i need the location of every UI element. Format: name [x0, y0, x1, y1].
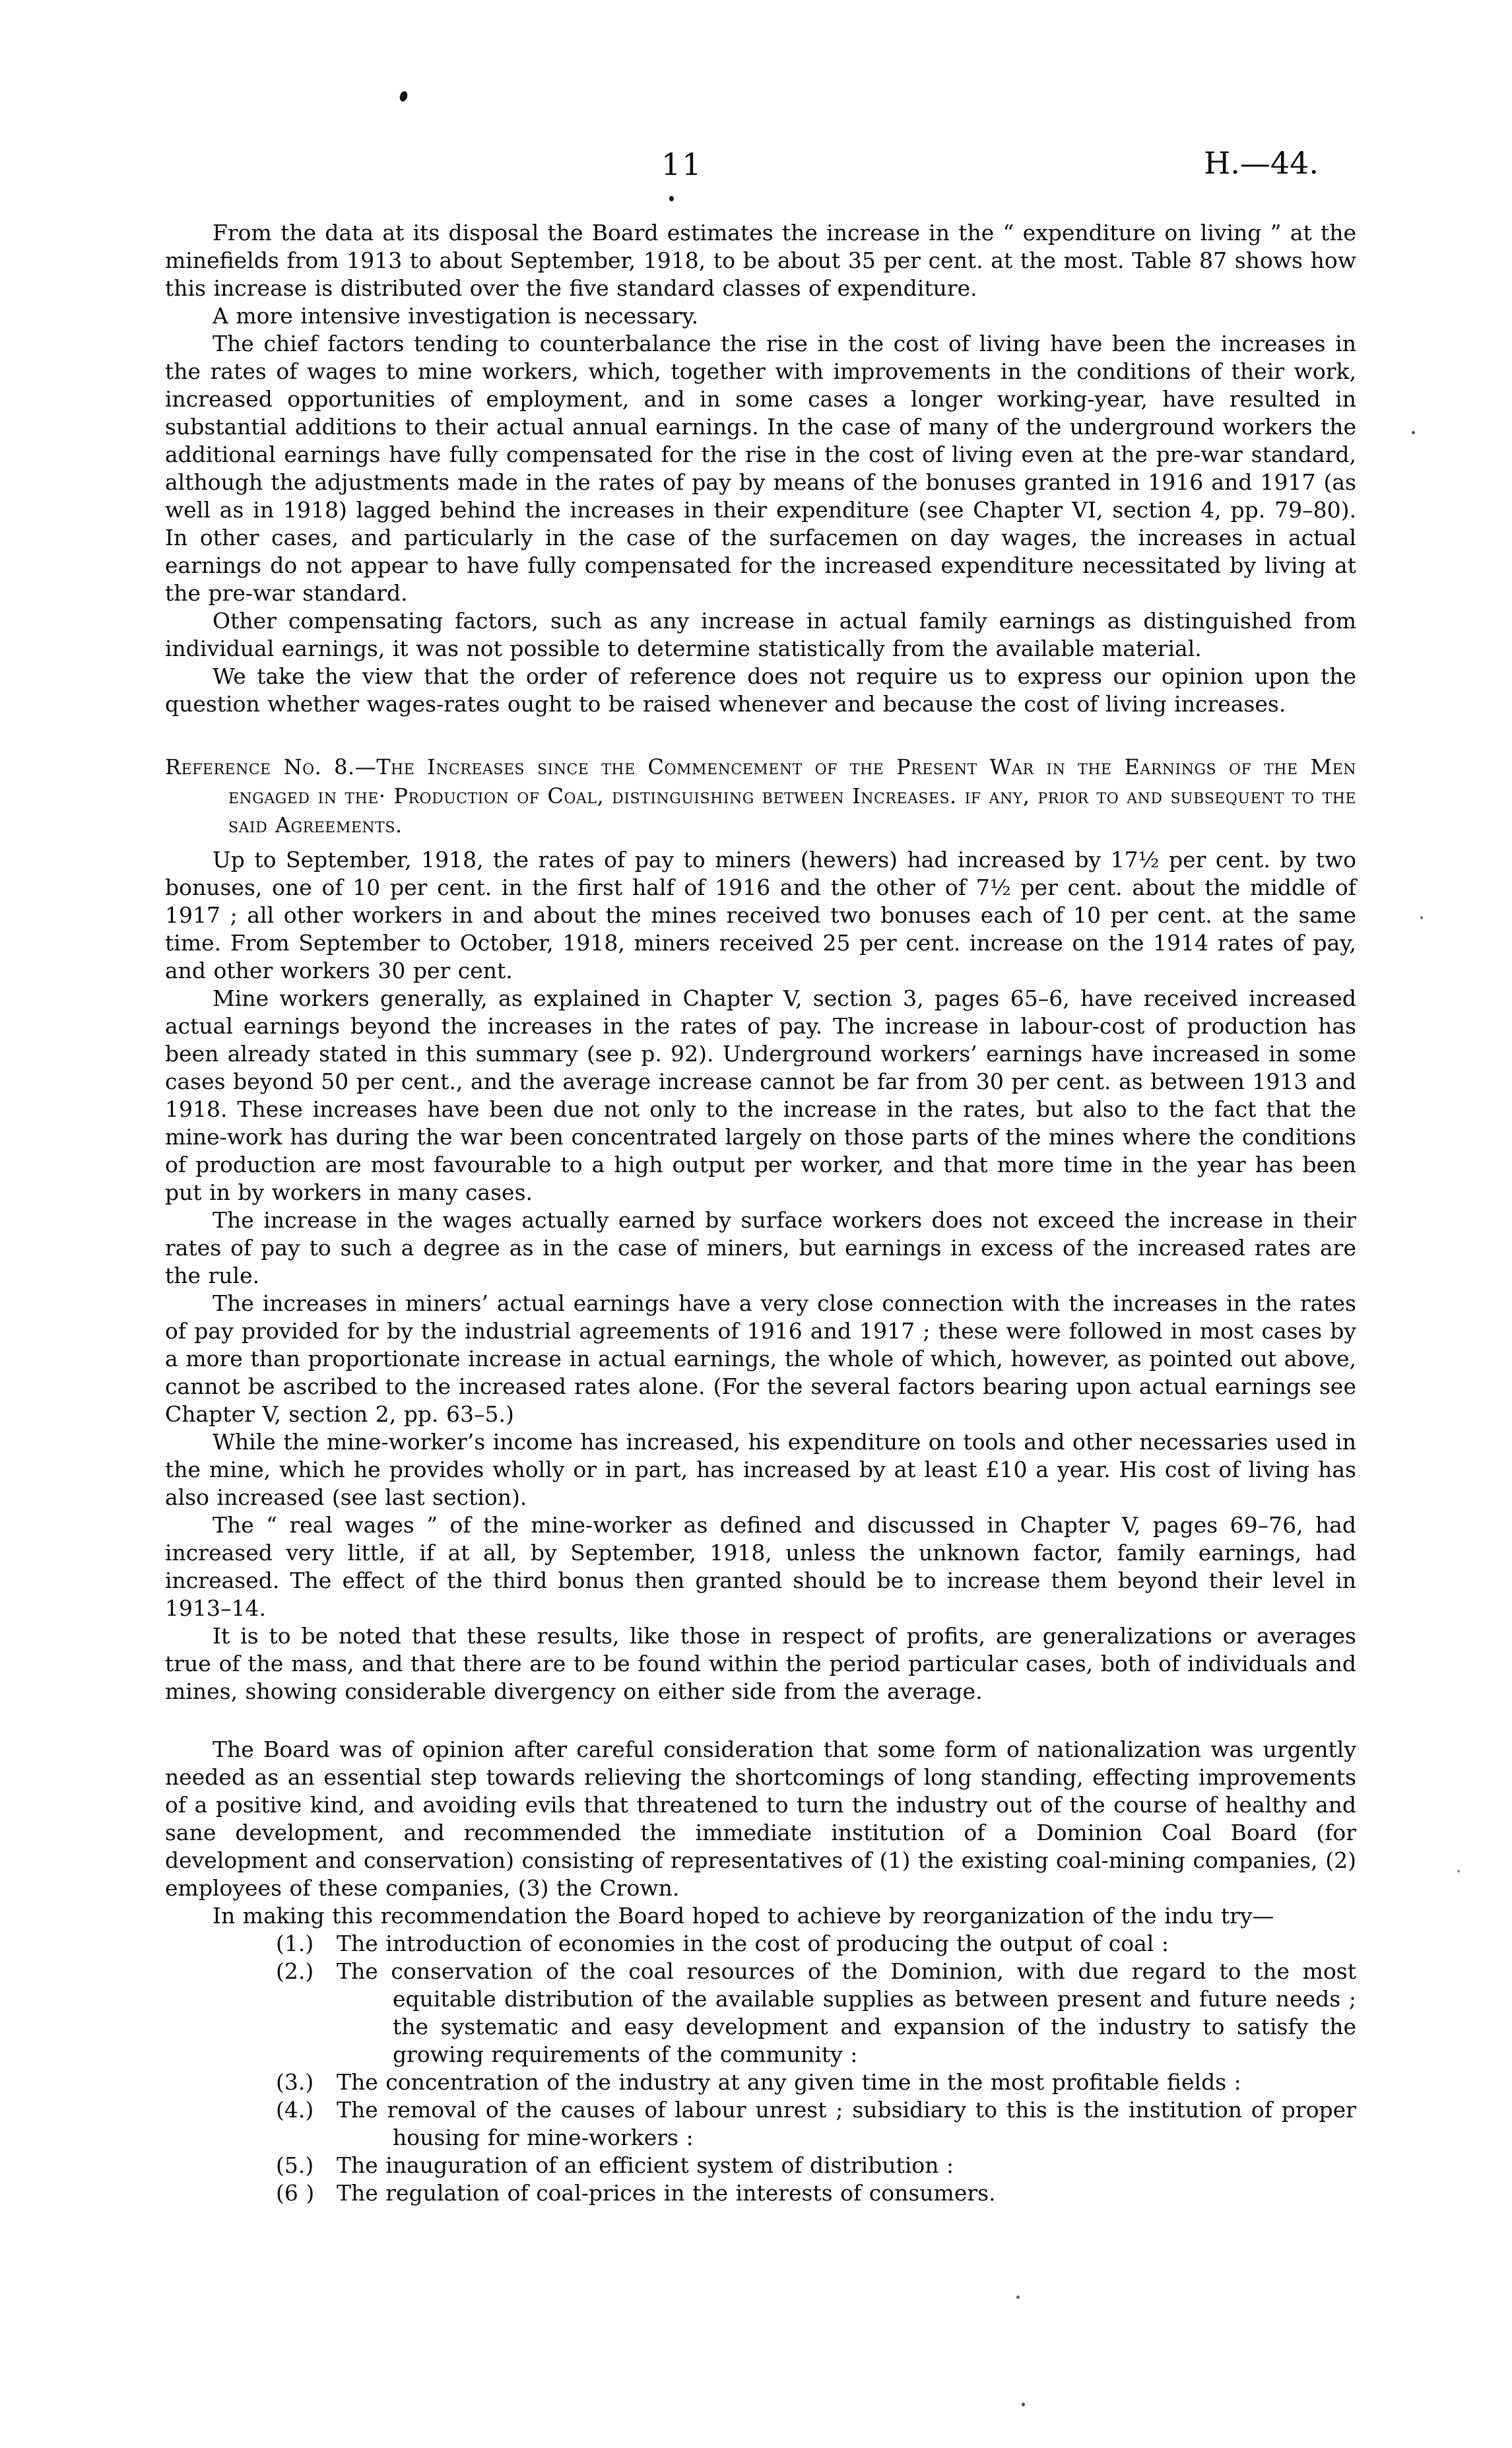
item-text: The regulation of coal-prices in the int… — [337, 2180, 996, 2206]
ink-speck — [1420, 916, 1423, 919]
text-column: From the data at its disposal the Board … — [165, 219, 1356, 2207]
item-marker: (3.) — [276, 2068, 337, 2096]
paragraph-miners-earnings: The increases in miners’ actual earnings… — [165, 1290, 1356, 1428]
list-item-4: (4.)The removal of the causes of labour … — [165, 2096, 1356, 2152]
item-marker: (2.) — [276, 1958, 337, 1985]
item-text: The removal of the causes of labour unre… — [337, 2097, 1356, 2150]
paragraph-nationalization: The Board was of opinion after careful c… — [165, 1736, 1356, 1902]
ink-speck — [1022, 2402, 1025, 2406]
paragraph-mine-workers-generally: Mine workers generally, as explained in … — [165, 985, 1356, 1207]
list-item-1: (1.)The introduction of economies in the… — [165, 1930, 1356, 1958]
item-marker: (4.) — [276, 2096, 337, 2124]
document-code: H.—44. — [1204, 145, 1319, 181]
paragraph-other-factors: Other compensating factors, such as any … — [165, 607, 1356, 663]
ink-speck — [669, 196, 674, 201]
paragraph-recommendation-intro: In making this recommendation the Board … — [165, 1902, 1356, 1930]
item-text: The introduction of economies in the cos… — [337, 1931, 1169, 1956]
paragraph-investigation: A more intensive investigation is necess… — [165, 302, 1356, 330]
item-text: The conservation of the coal resources o… — [337, 1958, 1356, 2067]
paragraph-real-wages: The “ real wages ” of the mine-worker as… — [165, 1511, 1356, 1622]
item-text: The inauguration of an efficient system … — [337, 2152, 954, 2178]
list-item-6: (6 )The regulation of coal-prices in the… — [165, 2179, 1356, 2207]
item-marker: (6 ) — [276, 2179, 337, 2207]
paragraph-rates-of-pay: Up to September, 1918, the rates of pay … — [165, 846, 1356, 985]
paragraph-tools-expenditure: While the mine-worker’s income has incre… — [165, 1428, 1356, 1511]
item-marker: (5.) — [276, 2152, 337, 2179]
paragraph-generalizations: It is to be noted that these results, li… — [165, 1622, 1356, 1705]
paragraph-order-of-reference: We take the view that the order of refer… — [165, 663, 1356, 718]
reference-heading: Reference No. 8.—The Increases since the… — [165, 752, 1356, 840]
page-number: 11 — [661, 147, 703, 182]
ink-speck — [1457, 1870, 1460, 1872]
ink-speck — [1016, 2296, 1020, 2299]
item-text: The concentration of the industry at any… — [337, 2069, 1241, 2095]
list-item-3: (3.)The concentration of the industry at… — [165, 2068, 1356, 2096]
list-item-5: (5.)The inauguration of an efficient sys… — [165, 2152, 1356, 2179]
scanned-report-page: 11 H.—44. From the data at its disposal … — [0, 0, 1512, 2448]
ink-speck — [1412, 431, 1415, 434]
paragraph-surface-workers: The increase in the wages actually earne… — [165, 1207, 1356, 1290]
paragraph-chief-factors: The chief factors tending to counterbala… — [165, 330, 1356, 607]
item-marker: (1.) — [276, 1930, 337, 1958]
list-item-2: (2.)The conservation of the coal resourc… — [165, 1958, 1356, 2068]
paragraph-expenditure-estimate: From the data at its disposal the Board … — [165, 219, 1356, 302]
recommendation-list: (1.)The introduction of economies in the… — [165, 1930, 1356, 2207]
ink-speck — [399, 90, 409, 103]
